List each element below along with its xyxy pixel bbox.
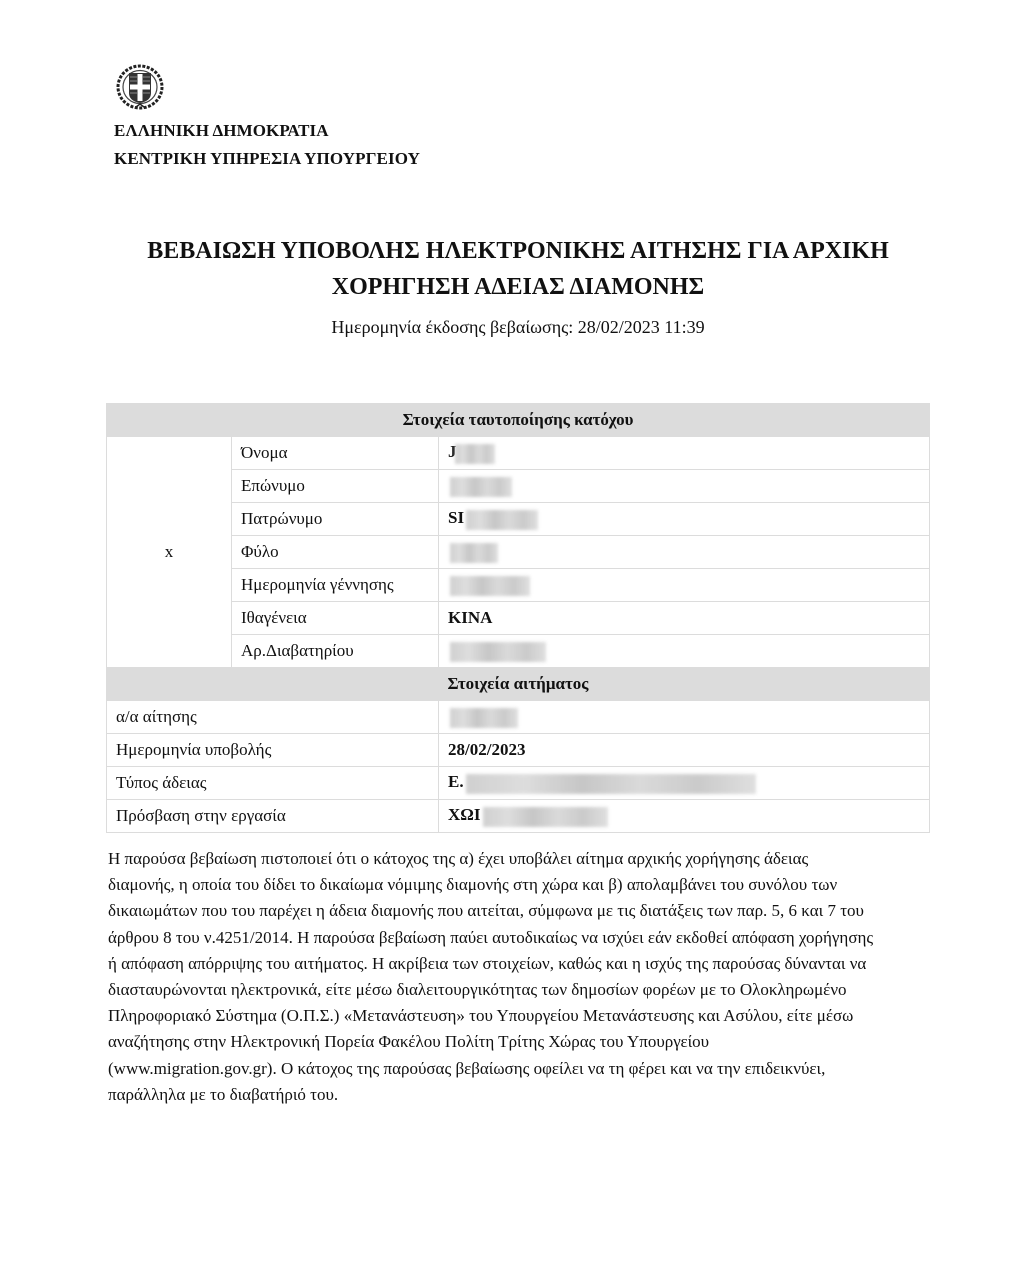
redaction-block (455, 444, 495, 464)
field-value-permit-type: Ε. (439, 767, 930, 800)
table-row: x Όνομα J (107, 437, 930, 470)
field-label: Ιθαγένεια (232, 602, 439, 635)
field-label: Φύλο (232, 536, 439, 569)
field-value-work-access: ΧΩΙ (439, 800, 930, 833)
redaction-block (450, 708, 518, 728)
field-label: Ημερομηνία γέννησης (232, 569, 439, 602)
redaction-block (450, 642, 546, 662)
info-table: Στοιχεία ταυτοποίησης κατόχου x Όνομα J … (106, 403, 930, 833)
field-value-fathers-name: SI (439, 503, 930, 536)
redaction-block (466, 774, 756, 794)
field-label: Πρόσβαση στην εργασία (107, 800, 439, 833)
text-line: αναζήτησης στην Ηλεκτρονική Πορεία Φακέλ… (108, 1029, 930, 1055)
holder-section-header: Στοιχεία ταυτοποίησης κατόχου (107, 404, 930, 437)
table-row: Πρόσβαση στην εργασία ΧΩΙ (107, 800, 930, 833)
field-label: Αρ.Διαβατηρίου (232, 635, 439, 668)
issue-date: Ημερομηνία έκδοσης βεβαίωσης: 28/02/2023… (0, 317, 1036, 338)
field-value-gender (439, 536, 930, 569)
text-line: παράλληλα με το διαβατήριό του. (108, 1082, 930, 1108)
field-label: Ημερομηνία υποβολής (107, 734, 439, 767)
field-value-passport-number (439, 635, 930, 668)
field-label: α/α αίτησης (107, 701, 439, 734)
table-row: α/α αίτησης (107, 701, 930, 734)
photo-placeholder: x (107, 437, 232, 668)
text-line: διαμονής, η οποία του δίδει το δικαίωμα … (108, 872, 930, 898)
title-line-1: ΒΕΒΑΙΩΣΗ ΥΠΟΒΟΛΗΣ ΗΛΕΚΤΡΟΝΙΚΗΣ ΑΙΤΗΣΗΣ Γ… (0, 233, 1036, 269)
field-label: Τύπος άδειας (107, 767, 439, 800)
field-value-birth-date (439, 569, 930, 602)
redaction-block (466, 510, 538, 530)
holder-section-title: Στοιχεία ταυτοποίησης κατόχου (107, 404, 930, 437)
redaction-block (450, 576, 530, 596)
field-label: Όνομα (232, 437, 439, 470)
text-line: δικαιωμάτων που του παρέχει η άδεια διαμ… (108, 898, 930, 924)
field-value-nationality: ΚΙΝΑ (439, 602, 930, 635)
text-line: ή απόφαση απόρριψης του αιτήματος. Η ακρ… (108, 951, 930, 977)
title-line-2: ΧΟΡΗΓΗΣΗ ΑΔΕΙΑΣ ΔΙΑΜΟΝΗΣ (0, 269, 1036, 305)
field-label: Επώνυμο (232, 470, 439, 503)
text-line: Πληροφοριακό Σύστημα (Ο.Π.Σ.) «Μετανάστε… (108, 1003, 930, 1029)
field-value-first-name: J (439, 437, 930, 470)
table-row: Τύπος άδειας Ε. (107, 767, 930, 800)
greek-coat-of-arms-icon (114, 63, 166, 113)
org-name: ΕΛΛΗΝΙΚΗ ΔΗΜΟΚΡΑΤΙΑ (114, 121, 329, 141)
field-label: Πατρώνυμο (232, 503, 439, 536)
field-value-surname (439, 470, 930, 503)
field-value-submission-date: 28/02/2023 (439, 734, 930, 767)
application-section-header: Στοιχεία αιτήματος (107, 668, 930, 701)
field-value-application-number (439, 701, 930, 734)
redaction-block (483, 807, 608, 827)
text-line: Η παρούσα βεβαίωση πιστοποιεί ότι ο κάτο… (108, 846, 930, 872)
redaction-block (450, 543, 498, 563)
text-line: διασταυρώνονται ηλεκτρονικά, είτε μέσω δ… (108, 977, 930, 1003)
table-row: Ημερομηνία υποβολής 28/02/2023 (107, 734, 930, 767)
document-title: ΒΕΒΑΙΩΣΗ ΥΠΟΒΟΛΗΣ ΗΛΕΚΤΡΟΝΙΚΗΣ ΑΙΤΗΣΗΣ Γ… (0, 233, 1036, 305)
application-section-title: Στοιχεία αιτήματος (107, 668, 930, 701)
redaction-block (450, 477, 512, 497)
org-department: ΚΕΝΤΡΙΚΗ ΥΠΗΡΕΣΙΑ ΥΠΟΥΡΓΕΙΟΥ (114, 149, 420, 169)
text-line: άρθρου 8 του ν.4251/2014. Η παρούσα βεβα… (108, 925, 930, 951)
certification-text: Η παρούσα βεβαίωση πιστοποιεί ότι ο κάτο… (108, 846, 930, 1108)
text-line: (www.migration.gov.gr). Ο κάτοχος της πα… (108, 1056, 930, 1082)
